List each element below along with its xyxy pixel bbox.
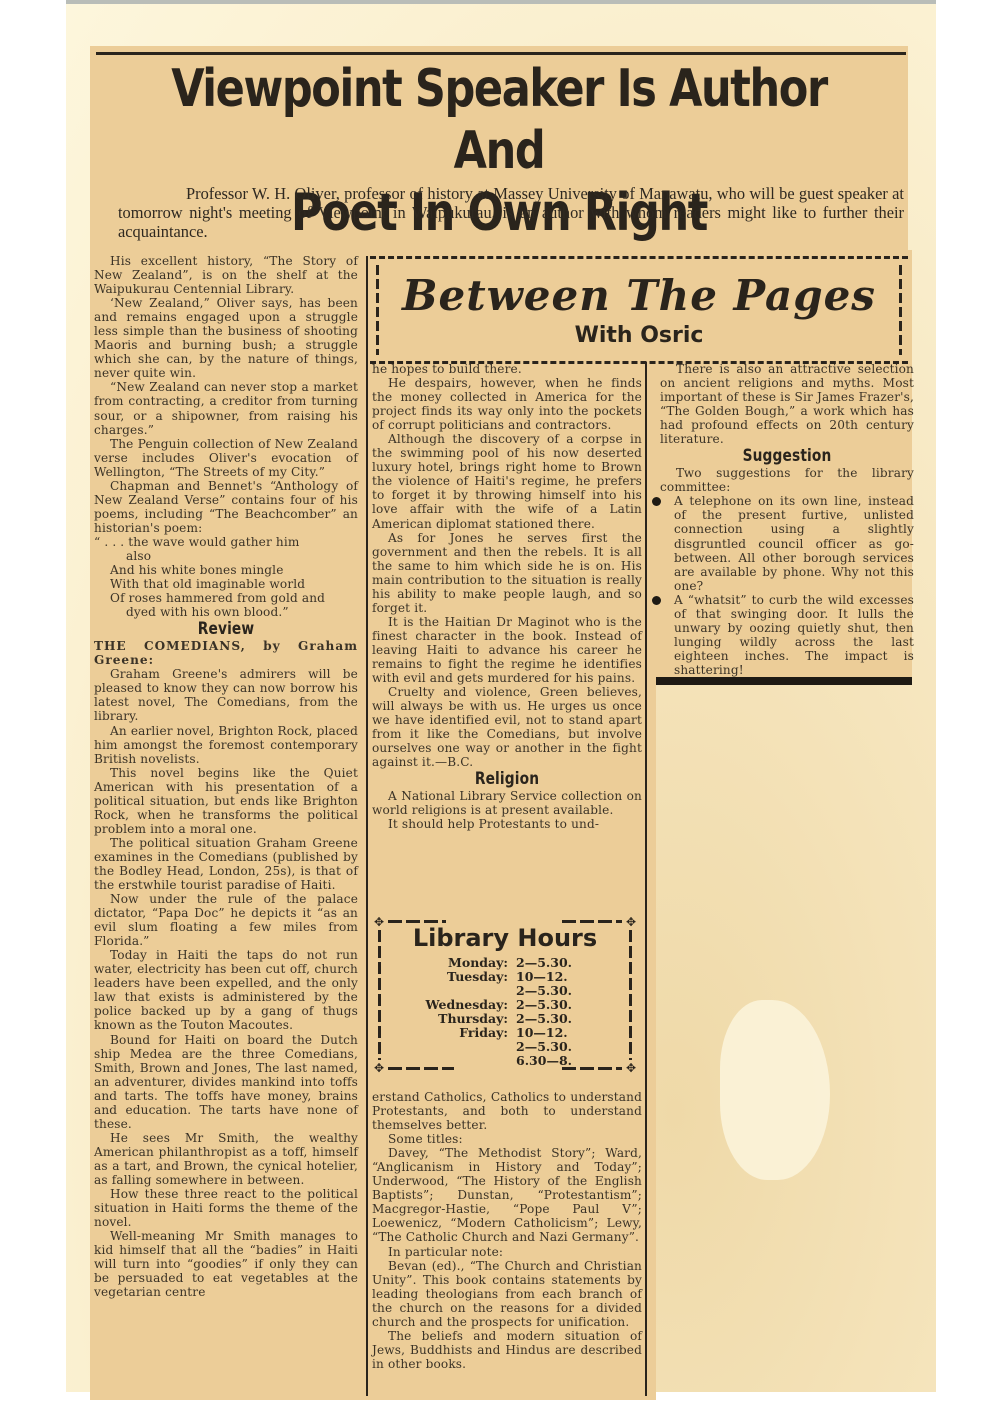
border-ornament	[562, 920, 622, 923]
bottom-rule	[656, 677, 912, 685]
paragraph: His excellent history, “The Story of New…	[94, 254, 358, 296]
paragraph: Today in Haiti the taps do not run water…	[94, 948, 358, 1032]
library-hours-list: Monday:2—5.30. Tuesday:10—12. 2—5.30. We…	[408, 956, 572, 1068]
hours-time: 2—5.30.	[516, 1012, 572, 1026]
left-column: His excellent history, “The Story of New…	[94, 254, 358, 1299]
paragraph: In particular note:	[372, 1245, 642, 1259]
border-ornament	[388, 920, 446, 923]
headline-line-1: Viewpoint Speaker Is Author And	[123, 58, 876, 182]
ornament-icon: ✥	[626, 1062, 636, 1074]
paragraph: He sees Mr Smith, the wealthy American p…	[94, 1131, 358, 1187]
review-heading: Review	[107, 619, 345, 639]
hours-row: Wednesday:2—5.30.	[408, 998, 572, 1012]
hours-time: 6.30—8.	[516, 1054, 572, 1068]
poem-line: “ . . . the wave would gather him	[94, 535, 358, 549]
paragraph: Graham Greene's admirers will be pleased…	[94, 667, 358, 723]
column-title-box: Between The Pages With Osric	[370, 256, 908, 364]
paragraph: Although the discovery of a corpse in th…	[372, 432, 642, 530]
paragraph: erstand Catholics, Catholics to understa…	[372, 1090, 642, 1132]
library-hours-title: Library Hours	[374, 924, 636, 952]
hours-day	[408, 984, 516, 998]
suggestion-item: A “whatsit” to curb the wild excesses of…	[660, 593, 914, 677]
library-hours-box: ✥ ✥ ✥ ✥ Library Hours Monday:2—5.30. Tue…	[374, 916, 636, 1074]
review-byline: THE COMEDIANS, by Graham Greene:	[94, 639, 358, 667]
column-subtitle: With Osric	[370, 323, 908, 348]
paragraph: There is also an attractive selection on…	[660, 362, 914, 446]
hours-day: Wednesday:	[408, 998, 516, 1012]
hours-day	[408, 1054, 516, 1068]
hours-time: 2—5.30.	[516, 956, 572, 970]
poem-line: also	[94, 549, 358, 563]
suggestion-item: A telephone on its own line, instead of …	[660, 494, 914, 592]
paragraph: ‘New Zealand,” Oliver says, has been and…	[94, 296, 358, 380]
paragraph: Well-meaning Mr Smith manages to kid him…	[94, 1229, 358, 1299]
paragraph: An earlier novel, Brighton Rock, placed …	[94, 724, 358, 766]
hours-time: 2—5.30.	[516, 1040, 572, 1054]
column-title: Between The Pages	[370, 273, 908, 319]
hours-day: Tuesday:	[408, 970, 516, 984]
paragraph: Chapman and Bennet's “Anthology of New Z…	[94, 479, 358, 535]
poem-line: dyed with his own blood.”	[94, 605, 358, 619]
column-rule-middle	[645, 362, 647, 1396]
hours-row: 2—5.30.	[408, 984, 572, 998]
hours-row: Tuesday:10—12.	[408, 970, 572, 984]
hours-row: 2—5.30.	[408, 1040, 572, 1054]
paragraph: This novel begins like the Quiet America…	[94, 766, 358, 836]
hours-day	[408, 1040, 516, 1054]
ornament-icon: ✥	[374, 1062, 384, 1074]
paragraph: Bound for Haiti on board the Dutch ship …	[94, 1033, 358, 1131]
paragraph: The political situation Graham Greene ex…	[94, 836, 358, 892]
standfirst: Professor W. H. Oliver, professor of his…	[118, 184, 904, 241]
hours-row: 6.30—8.	[408, 1054, 572, 1068]
paragraph: How these three react to the political s…	[94, 1187, 358, 1229]
paragraph: It is the Haitian Dr Maginot who is the …	[372, 615, 642, 685]
column-rule-left	[366, 256, 368, 1396]
right-column: There is also an attractive selection on…	[660, 362, 914, 677]
paragraph: It should help Protestants to und-	[372, 817, 642, 831]
hours-day: Friday:	[408, 1026, 516, 1040]
religion-heading: Religion	[386, 769, 629, 789]
top-rule	[96, 52, 906, 55]
paragraph: “New Zealand can never stop a market fro…	[94, 380, 358, 436]
hours-row: Thursday:2—5.30.	[408, 1012, 572, 1026]
middle-column-upper: he hopes to build there. He despairs, ho…	[372, 362, 642, 832]
paragraph: The Penguin collection of New Zealand ve…	[94, 437, 358, 479]
paragraph: Some titles:	[372, 1132, 642, 1146]
hours-day: Thursday:	[408, 1012, 516, 1026]
paragraph: Bevan (ed)., “The Church and Christian U…	[372, 1259, 642, 1329]
suggestion-heading: Suggestion	[673, 446, 902, 466]
hours-time: 2—5.30.	[516, 984, 572, 998]
poem-line: With that old imaginable world	[94, 577, 358, 591]
poem-line: Of roses hammered from gold and	[94, 591, 358, 605]
paragraph: A National Library Service collection on…	[372, 789, 642, 817]
hours-row: Friday:10—12.	[408, 1026, 572, 1040]
paragraph: As for Jones he serves first the governm…	[372, 531, 642, 615]
hours-time: 10—12.	[516, 1026, 568, 1040]
paragraph: Davey, “The Methodist Story”; Ward, “Ang…	[372, 1146, 642, 1244]
paragraph: he hopes to build there.	[372, 362, 642, 376]
hours-row: Monday:2—5.30.	[408, 956, 572, 970]
paragraph: Cruelty and violence, Green believes, wi…	[372, 685, 642, 769]
hours-time: 2—5.30.	[516, 998, 572, 1012]
scan-edge	[66, 0, 936, 4]
paragraph: He despairs, however, when he finds the …	[372, 376, 642, 432]
hours-time: 10—12.	[516, 970, 568, 984]
hours-day: Monday:	[408, 956, 516, 970]
middle-column-lower: erstand Catholics, Catholics to understa…	[372, 1090, 642, 1371]
paragraph: The beliefs and modern situation of Jews…	[372, 1329, 642, 1371]
poem-line: And his white bones mingle	[94, 563, 358, 577]
paragraph: Two suggestions for the library committe…	[660, 466, 914, 494]
paragraph: Now under the rule of the palace dictato…	[94, 892, 358, 948]
